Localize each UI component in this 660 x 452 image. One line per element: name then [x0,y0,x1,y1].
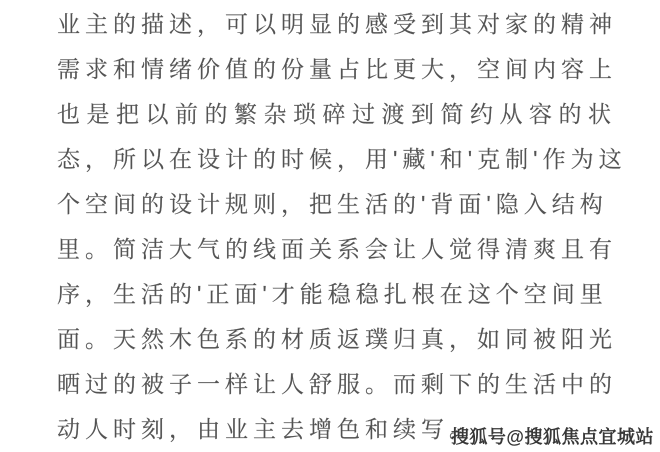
paragraph-line: 需求和情绪价值的份量占比更大，空间内容上 [57,47,627,92]
paragraph-line: 业主的描述，可以明显的感受到其对家的精神 [57,2,627,47]
article-paragraph: 业主的描述，可以明显的感受到其对家的精神 需求和情绪价值的份量占比更大，空间内容… [57,2,627,452]
article-page: { "article": { "lines": [ "业主的描述，可以明显的感受… [0,0,660,452]
paragraph-line: 序，生活的'正面'才能稳稳扎根在这个空间里 [57,272,627,317]
paragraph-line: 晒过的被子一样让人舒服。而剩下的生活中的 [57,362,627,407]
paragraph-line: 态，所以在设计的时候，用'藏'和'克制'作为这 [57,137,627,182]
paragraph-line: 也是把以前的繁杂琐碎过渡到简约从容的状 [57,92,627,137]
paragraph-line: 里。简洁大气的线面关系会让人觉得清爽且有 [57,227,627,272]
paragraph-line: 个空间的设计规则，把生活的'背面'隐入结构 [57,182,627,227]
paragraph-line: 面。天然木色系的材质返璞归真，如同被阳光 [57,317,627,362]
sohu-watermark: 搜狐号@搜狐焦点宜城站 [451,423,654,449]
